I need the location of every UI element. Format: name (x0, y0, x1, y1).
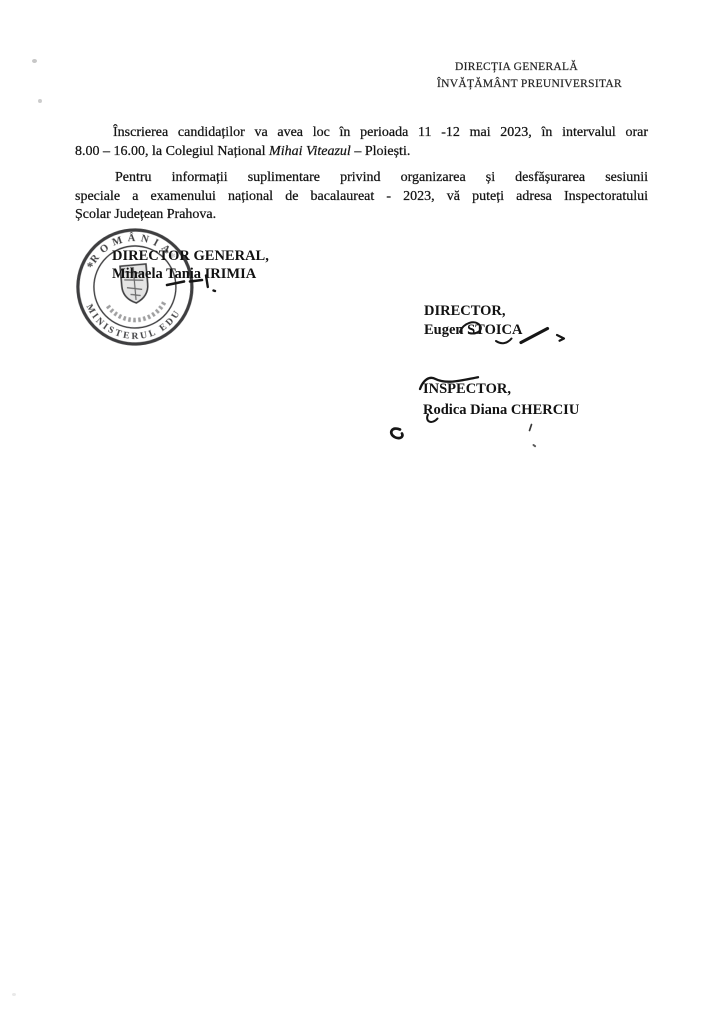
stoica-signature-mark (557, 335, 564, 341)
scan-speck (38, 99, 42, 103)
director-title: DIRECTOR, (424, 302, 522, 321)
school-name-italic: Mihai Viteazul (269, 144, 351, 159)
letterhead: DIRECȚIA GENERALĂ ÎNVĂȚĂMÂNT PREUNIVERSI… (437, 59, 622, 92)
signature-block-inspector: INSPECTOR, Rodica Diana CHERCIU (423, 379, 579, 420)
enrollment-line2-text-a: 8.00 – 16.00, la Colegiul Național (75, 144, 269, 159)
document-page: DIRECȚIA GENERALĂ ÎNVĂȚĂMÂNT PREUNIVERSI… (0, 0, 724, 1024)
paragraph-enrollment-line1: Înscrierea candidaților va avea loc în p… (75, 124, 648, 143)
inspector-title: INSPECTOR, (423, 379, 579, 400)
paragraph-contact-line3: Școlar Județean Prahova. (75, 206, 648, 225)
scan-speck (32, 59, 37, 63)
stoica-signature-slash (521, 329, 548, 343)
scan-speck (12, 993, 16, 996)
stray-ink-mark (534, 445, 536, 446)
paragraph-contact-line2: speciale a examenului național de bacala… (75, 188, 648, 207)
letter-body: Înscrierea candidaților va avea loc în p… (75, 124, 648, 225)
paragraph-contact-line1: Pentru informații suplimentare privind o… (75, 169, 648, 188)
director-general-title: DIRECTOR GENERAL, (112, 248, 269, 266)
enrollment-line2-text-b: – Ploiești. (351, 144, 411, 159)
director-general-name: Mihaela Tania IRIMIA (112, 266, 269, 284)
paragraph-contact-info: Pentru informații suplimentare privind o… (75, 169, 648, 225)
director-name: Eugen STOICA (424, 321, 522, 340)
inspector-name: Rodica Diana CHERCIU (423, 400, 579, 421)
stray-ink-mark (391, 429, 402, 439)
letterhead-line1: DIRECȚIA GENERALĂ (437, 59, 622, 76)
paragraph-enrollment-line2: 8.00 – 16.00, la Colegiul Național Mihai… (75, 143, 648, 162)
stamp-star-left: * (86, 259, 94, 275)
stamp-inner-text-arc (108, 301, 166, 322)
signature-block-director-general: DIRECTOR GENERAL, Mihaela Tania IRIMIA (112, 248, 269, 283)
paragraph-enrollment: Înscrierea candidaților va avea loc în p… (75, 124, 648, 161)
stray-ink-mark (530, 425, 532, 431)
irimia-signature-dot (214, 291, 216, 292)
signature-block-director: DIRECTOR, Eugen STOICA (424, 302, 522, 340)
official-round-stamp: ROMÂNIA MINISTERUL EDU * * (64, 221, 206, 354)
letterhead-line2: ÎNVĂȚĂMÂNT PREUNIVERSITAR (437, 76, 622, 93)
